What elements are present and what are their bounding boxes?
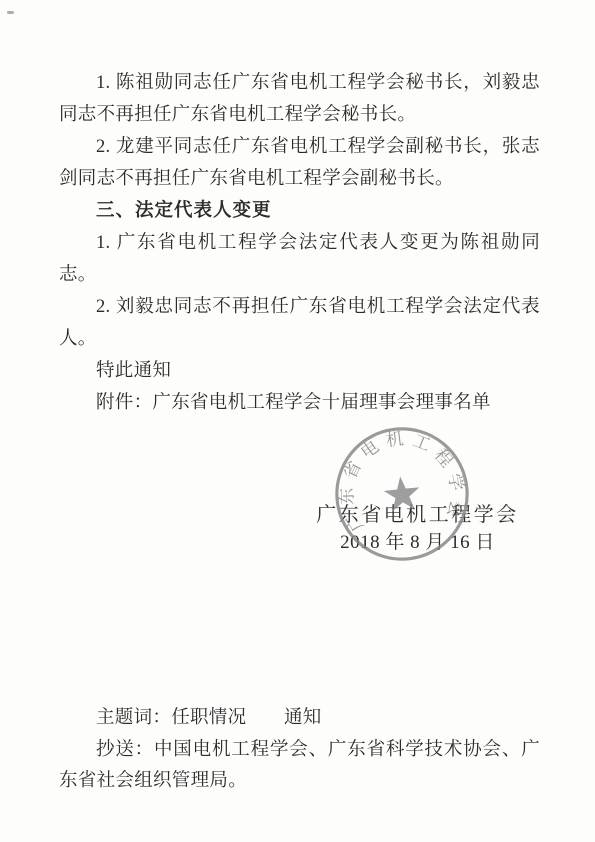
closing-notice-line: 特此通知 (59, 355, 540, 387)
document-footer: 主题词：任职情况 通知 抄送：中国电机工程学会、广东省科学技术协会、广东省社会组… (59, 703, 540, 798)
subject-keywords-line: 主题词：任职情况 通知 (59, 703, 540, 735)
attachment-line: 附件：广东省电机工程学会十届理事会理事名单 (59, 387, 540, 419)
document-page: 1. 陈祖勋同志任广东省电机工程学会秘书长，刘毅忠同志不再担任广东省电机工程学会… (0, 0, 595, 842)
signature-block: 广东省电机工程学会 2018 年 8 月 16 日 (305, 502, 530, 556)
paragraph-secretary-appointment: 1. 陈祖勋同志任广东省电机工程学会秘书长，刘毅忠同志不再担任广东省电机工程学会… (59, 67, 540, 131)
document-body: 1. 陈祖勋同志任广东省电机工程学会秘书长，刘毅忠同志不再担任广东省电机工程学会… (59, 67, 540, 419)
paragraph-deputy-secretary-appointment: 2. 龙建平同志任广东省电机工程学会副秘书长，张志剑同志不再担任广东省电机工程学… (59, 131, 540, 195)
paragraph-legal-representative-removal: 2. 刘毅忠同志不再担任广东省电机工程学会法定代表人。 (59, 291, 540, 355)
section-heading-legal-representative-change: 三、法定代表人变更 (59, 195, 540, 227)
paragraph-legal-representative-change: 1. 广东省电机工程学会法定代表人变更为陈祖勋同志。 (59, 227, 540, 291)
scan-artifact (7, 11, 14, 14)
cc-distribution-line: 抄送：中国电机工程学会、广东省科学技术协会、广东省社会组织管理局。 (59, 735, 540, 798)
issuing-org-name: 广东省电机工程学会 (305, 502, 530, 529)
issue-date: 2018 年 8 月 16 日 (305, 529, 530, 556)
